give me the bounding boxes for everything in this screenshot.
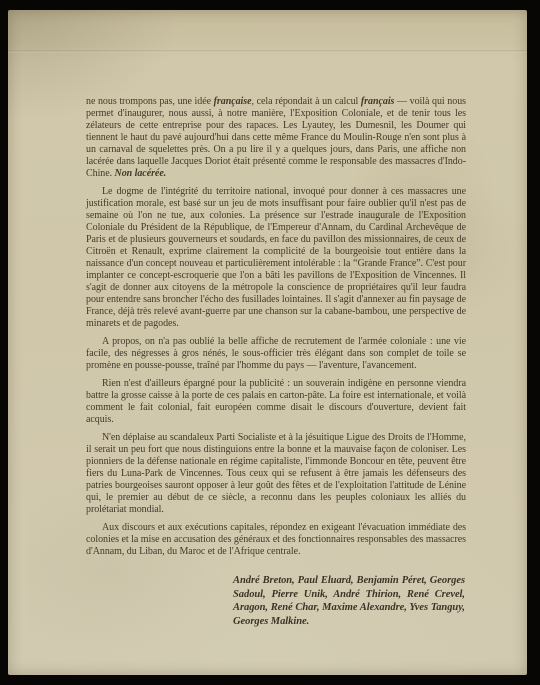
signature-block: André Breton, Paul Eluard, Benjamin Pére… (233, 574, 465, 628)
paragraph-4: Rien n'est d'ailleurs épargné pour la pu… (86, 378, 466, 426)
paragraph-3: A propos, on n'a pas oublié la belle aff… (86, 336, 466, 372)
paragraph-1-emphasis-non-laceree: Non lacérée. (115, 168, 167, 179)
paragraph-2: Le dogme de l'intégrité du territoire na… (86, 186, 466, 330)
paragraph-6: Aux discours et aux exécutions capitales… (86, 522, 466, 558)
paragraph-1-emphasis-francaise: française (214, 96, 252, 107)
paragraph-5: N'en déplaise au scandaleux Parti Social… (86, 432, 466, 516)
paragraph-1-text: ne nous trompons pas, une idée (86, 96, 214, 107)
paper-crease (8, 50, 527, 53)
paper-sheet: ne nous trompons pas, une idée française… (8, 10, 527, 675)
paragraph-1-text: , cela répondait à un calcul (252, 96, 361, 107)
scanned-page: ne nous trompons pas, une idée française… (0, 0, 540, 685)
paragraph-1-text: — voilà qui nous permet d'inaugurer, nou… (86, 96, 466, 179)
text-block: ne nous trompons pas, une idée française… (86, 96, 466, 628)
paragraph-1: ne nous trompons pas, une idée française… (86, 96, 466, 180)
paragraph-1-emphasis-francais: français (361, 96, 395, 107)
